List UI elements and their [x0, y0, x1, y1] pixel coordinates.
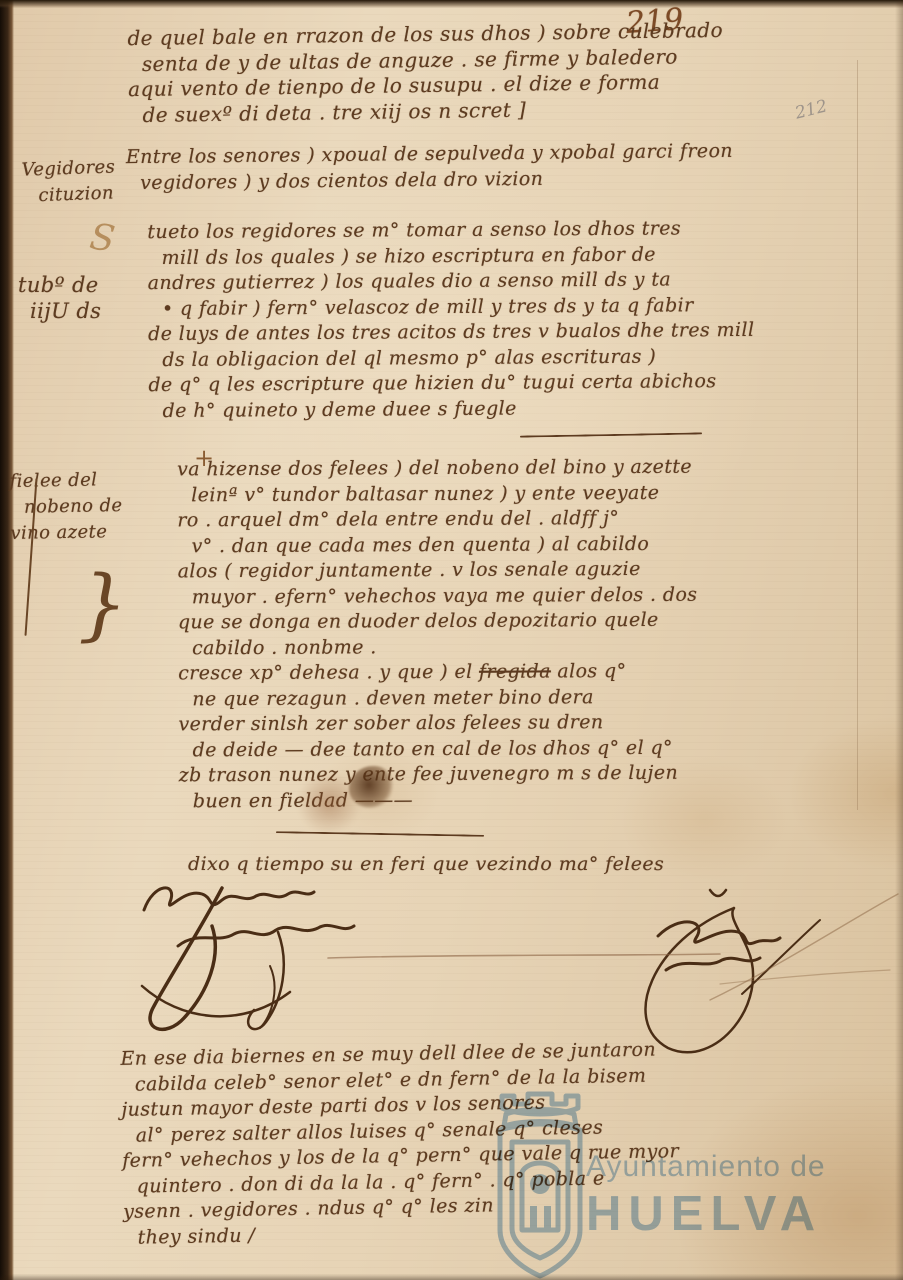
page-right-edge [895, 0, 903, 1280]
manuscript-line: tubº de [18, 272, 101, 298]
manuscript-line: v° . dan que cada mes den quenta ) al ca… [191, 531, 697, 559]
paragraph-4: va hizense dos felees ) del nobeno del b… [177, 455, 698, 815]
margin-brace: } [78, 560, 128, 650]
margin-note-tributo: tubº de iijU ds [18, 272, 101, 324]
ink-underline [520, 432, 702, 437]
watermark-text: Ayuntamiento de HUELVA [586, 1150, 826, 1242]
manuscript-line: de deide — dee tanto en cal de los dhos … [193, 735, 699, 763]
paper-fold-crease [857, 60, 858, 810]
manuscript-page-scan: 219 212 Vegidores cituzion S tubº de iij… [0, 0, 903, 1280]
manuscript-line: cresce xp° dehesa . y que ) el fregida a… [178, 659, 698, 687]
manuscript-line: iijU ds [30, 298, 101, 324]
watermark-line2: HUELVA [586, 1186, 826, 1242]
paragraph-1: de quel bale en rrazon de los sus dhos )… [127, 18, 724, 128]
page-top-edge [0, 0, 903, 8]
manuscript-line: cituzion [38, 180, 117, 209]
manuscript-line: alos ( regidor juntamente . v los senale… [178, 557, 698, 585]
manuscript-line: leinª v° tundor baltasar nunez ) y ente … [191, 480, 697, 508]
paragraph-2: Entre los senores ) xpoual de sepulveda … [126, 139, 734, 196]
manuscript-line: zb trason nunez y ente fee juvenegro m s… [179, 761, 699, 789]
manuscript-line: ne que rezagun . deven meter bino dera [192, 684, 698, 712]
manuscript-line: buen en fieldad ——— [193, 786, 699, 814]
manuscript-line: nobeno de [24, 493, 123, 521]
archive-watermark: Ayuntamiento de HUELVA [486, 1072, 886, 1280]
manuscript-line: de luys de antes los tres acitos ds tres… [148, 318, 754, 348]
struck-through-word: fregida [479, 660, 551, 682]
folio-number-pencil: 212 [793, 96, 829, 123]
manuscript-line: verder sinlsh zer sober alos felees su d… [178, 710, 698, 738]
manuscript-line: muyor . efern° vehechos vaya me quier de… [192, 582, 698, 610]
ink-underline [276, 831, 484, 837]
manuscript-line: que se donga en duoder delos depozitario… [178, 608, 698, 636]
manuscript-line: de q° q les escripture que hizien du° tu… [148, 369, 754, 399]
book-gutter-edge [0, 0, 14, 1280]
manuscript-line: ro . arquel dm° dela entre endu del . al… [177, 506, 697, 534]
huelva-coat-of-arms-icon [492, 1080, 588, 1280]
margin-flourish: S [87, 216, 117, 260]
manuscript-line: tueto los regidores se m° tomar a senso … [147, 216, 753, 246]
manuscript-line: cabildo . nonbme . [192, 633, 698, 661]
manuscript-line: andres gutierrez ) los quales dio a sens… [148, 267, 754, 297]
watermark-line1: Ayuntamiento de [586, 1150, 826, 1184]
margin-note-fieles: fielee delnobeno devino azete [9, 467, 123, 547]
manuscript-line: vino azete [10, 519, 123, 547]
margin-note-regidores: Vegidores cituzion [21, 154, 116, 209]
ink-blot [349, 766, 393, 808]
manuscript-line: de h° quineto y deme duee s fuegle [163, 394, 755, 424]
manuscript-line: fielee del [9, 467, 122, 495]
faint-rule-strokes [280, 880, 903, 1030]
manuscript-line: Vegidores [21, 154, 116, 183]
manuscript-line: va hizense dos felees ) del nobeno del b… [177, 455, 697, 483]
paragraph-3: tueto los regidores se m° tomar a senso … [147, 216, 755, 424]
